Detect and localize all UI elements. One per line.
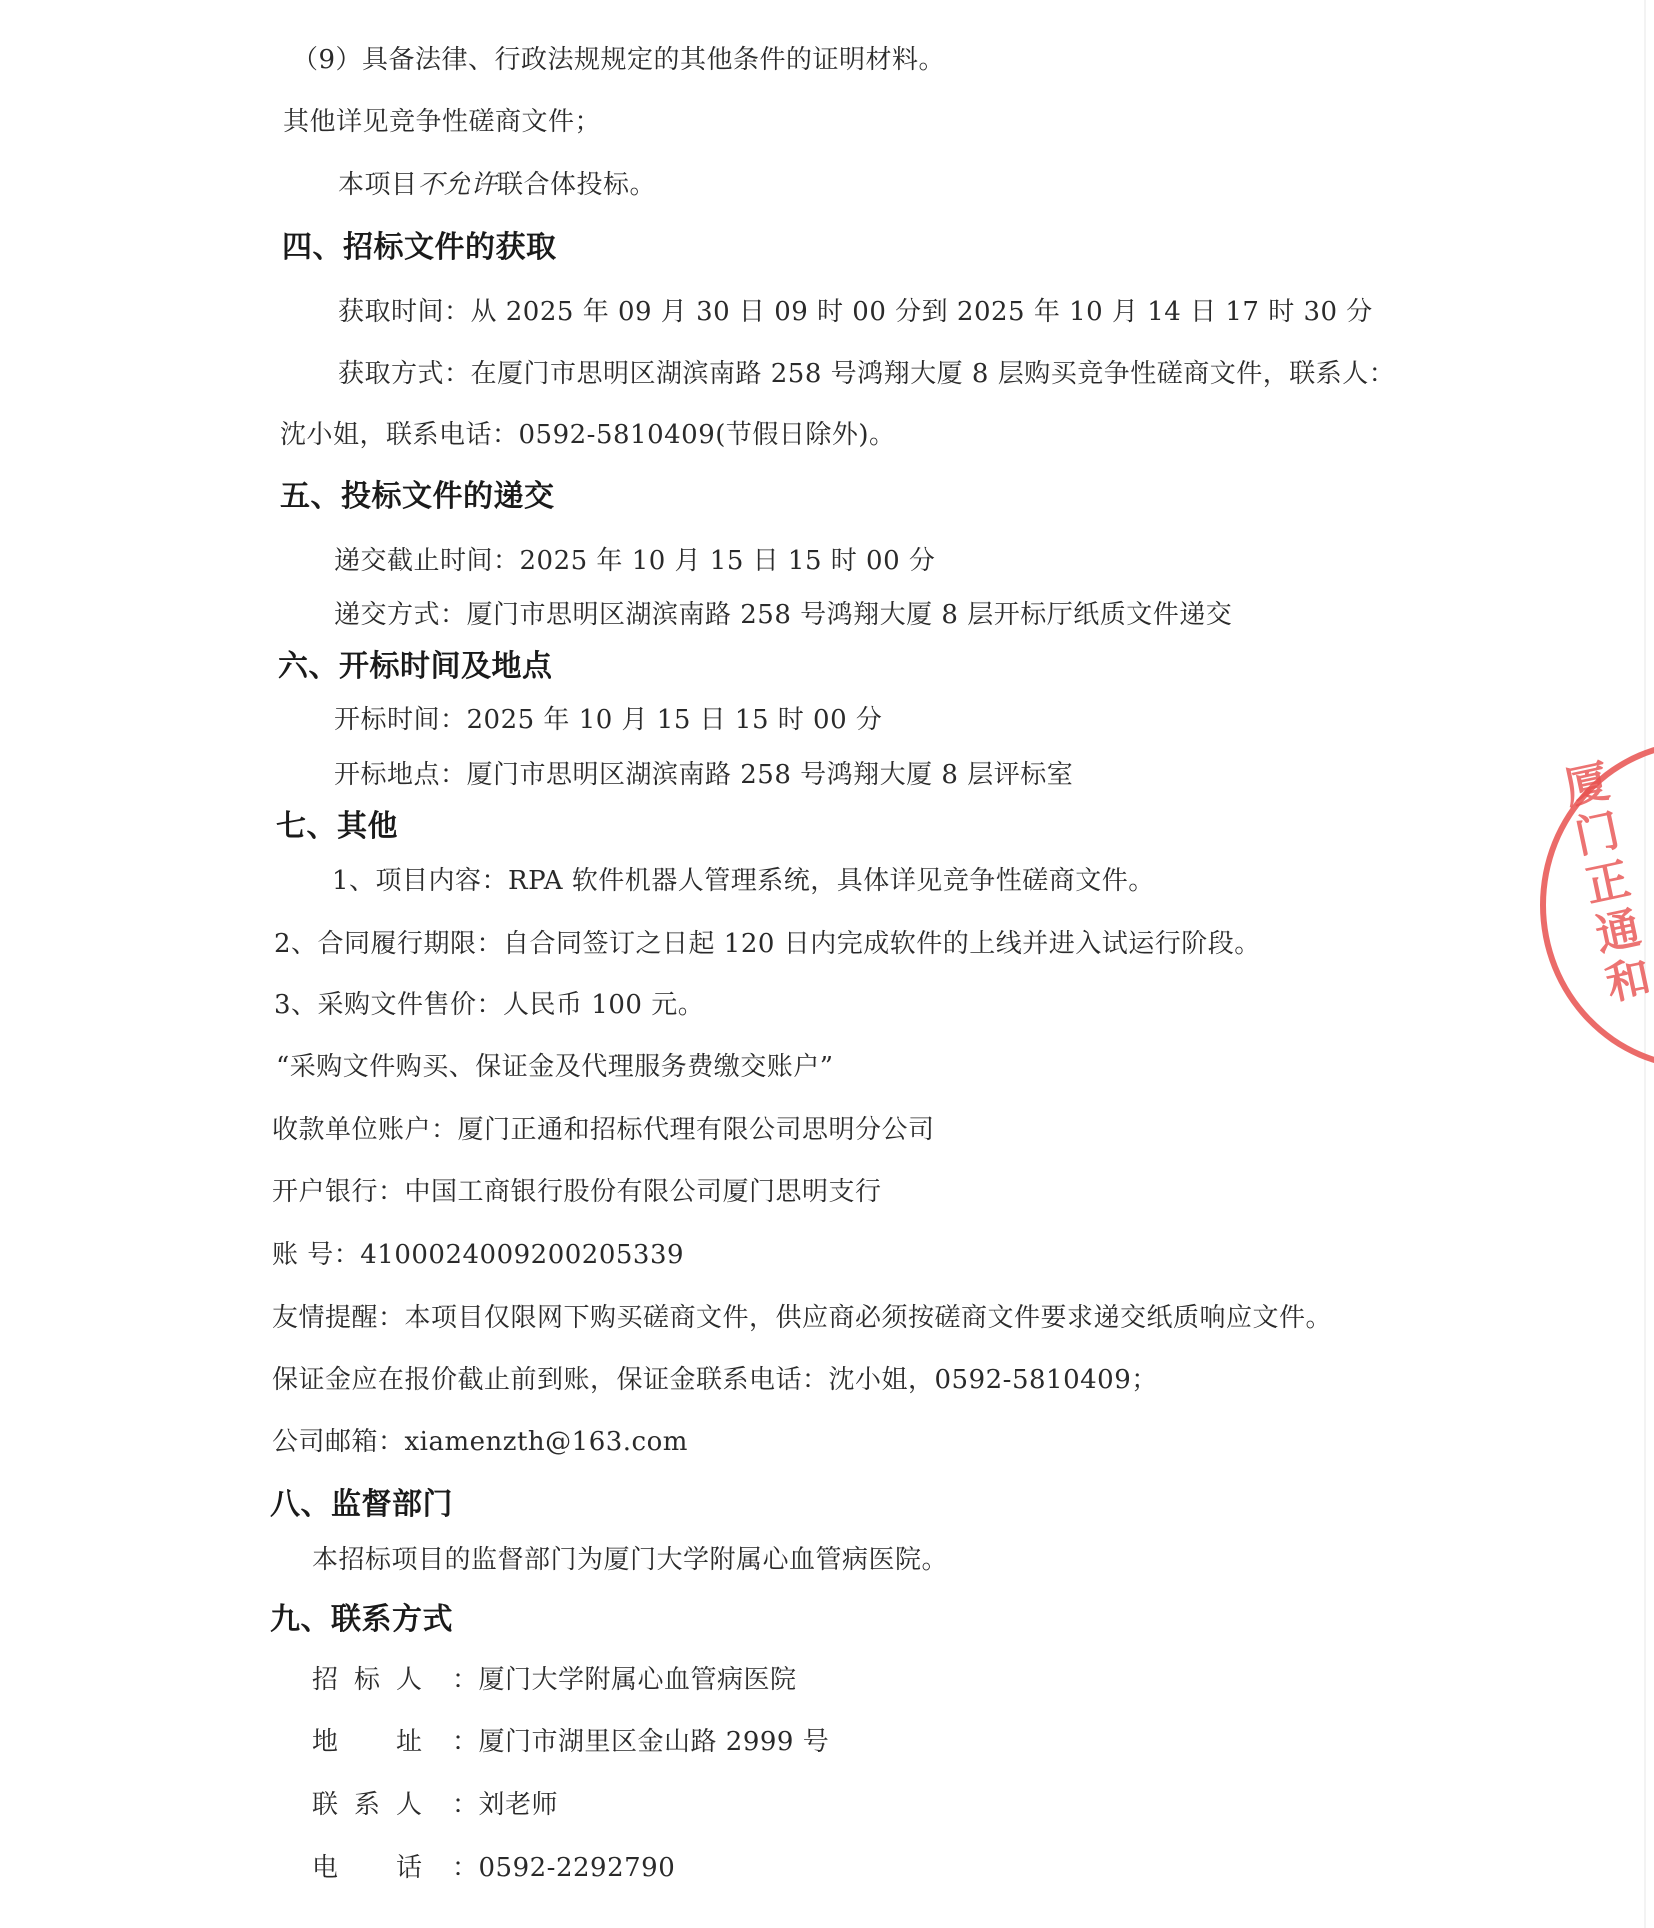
acquire-time: 获取时间：从 2025 年 09 月 30 日 09 时 00 分到 2025 … xyxy=(338,296,1373,328)
opening-place: 开标地点：厦门市思明区湖滨南路 258 号鸿翔大厦 8 层评标室 xyxy=(334,759,1073,791)
condition-item-9: （9）具备法律、行政法规规定的其他条件的证明材料。 xyxy=(292,44,945,76)
bank-name: 开户银行：中国工商银行股份有限公司厦门思明支行 xyxy=(272,1176,882,1208)
section-9-heading: 九、联系方式 xyxy=(270,1601,453,1639)
section-4-heading: 四、招标文件的获取 xyxy=(282,229,557,267)
other-details-line: 其他详见竞争性磋商文件； xyxy=(283,106,601,138)
contact-value: 0592-2292790 xyxy=(479,1853,676,1883)
contact-label: 招标人 xyxy=(312,1664,452,1696)
consortium-not-allowed: 不允许 xyxy=(418,170,498,200)
project-content: 1、项目内容：RPA 软件机器人管理系统，具体详见竞争性磋商文件。 xyxy=(332,865,1155,897)
section-6-heading: 六、开标时间及地点 xyxy=(278,648,553,686)
contact-value: 厦门市湖里区金山路 2999 号 xyxy=(479,1727,830,1757)
contact-value: 刘老师 xyxy=(479,1790,559,1820)
contact-row-address: 地址：厦门市湖里区金山路 2999 号 xyxy=(312,1726,829,1758)
acquire-contact: 沈小姐，联系电话：0592-5810409(节假日除外)。 xyxy=(280,419,896,451)
supervision-text: 本招标项目的监督部门为厦门大学附属心血管病医院。 xyxy=(312,1544,948,1576)
section-8-heading: 八、监督部门 xyxy=(270,1486,453,1524)
consortium-line: 本项目不允许联合体投标。 xyxy=(338,169,656,201)
payee-account: 收款单位账户：厦门正通和招标代理有限公司思明分公司 xyxy=(272,1114,935,1146)
company-email: 公司邮箱：xiamenzth@163.com xyxy=(272,1426,688,1458)
account-number: 账 号：4100024009200205339 xyxy=(272,1239,684,1271)
acquire-method: 获取方式：在厦门市思明区湖滨南路 258 号鸿翔大厦 8 层购买竞争性磋商文件，… xyxy=(338,358,1395,390)
contact-row-tenderer: 招标人：厦门大学附属心血管病医院 xyxy=(312,1664,797,1696)
contact-label: 地址 xyxy=(312,1726,452,1758)
contact-value: 厦门大学附属心血管病医院 xyxy=(479,1665,797,1695)
account-title: “采购文件购买、保证金及代理服务费缴交账户” xyxy=(276,1051,834,1083)
section-7-heading: 七、其他 xyxy=(276,808,398,846)
contact-label: 电话 xyxy=(312,1852,452,1884)
contact-row-person: 联系人：刘老师 xyxy=(312,1789,558,1821)
section-5-heading: 五、投标文件的递交 xyxy=(280,478,555,516)
submit-method: 递交方式：厦门市思明区湖滨南路 258 号鸿翔大厦 8 层开标厅纸质文件递交 xyxy=(334,599,1232,631)
submit-deadline: 递交截止时间：2025 年 10 月 15 日 15 时 00 分 xyxy=(334,545,935,577)
contract-period: 2、合同履行期限：自合同签订之日起 120 日内完成软件的上线并进入试运行阶段。 xyxy=(274,928,1261,960)
contact-row-phone: 电话：0592-2292790 xyxy=(312,1852,675,1884)
contact-label: 联系人 xyxy=(312,1789,452,1821)
opening-time: 开标时间：2025 年 10 月 15 日 15 时 00 分 xyxy=(334,704,882,736)
friendly-reminder: 友情提醒：本项目仅限网下购买磋商文件，供应商必须按磋商文件要求递交纸质响应文件。 xyxy=(272,1302,1332,1334)
document-price: 3、采购文件售价：人民币 100 元。 xyxy=(274,989,704,1021)
deposit-note: 保证金应在报价截止前到账，保证金联系电话：沈小姐，0592-5810409； xyxy=(272,1364,1158,1396)
